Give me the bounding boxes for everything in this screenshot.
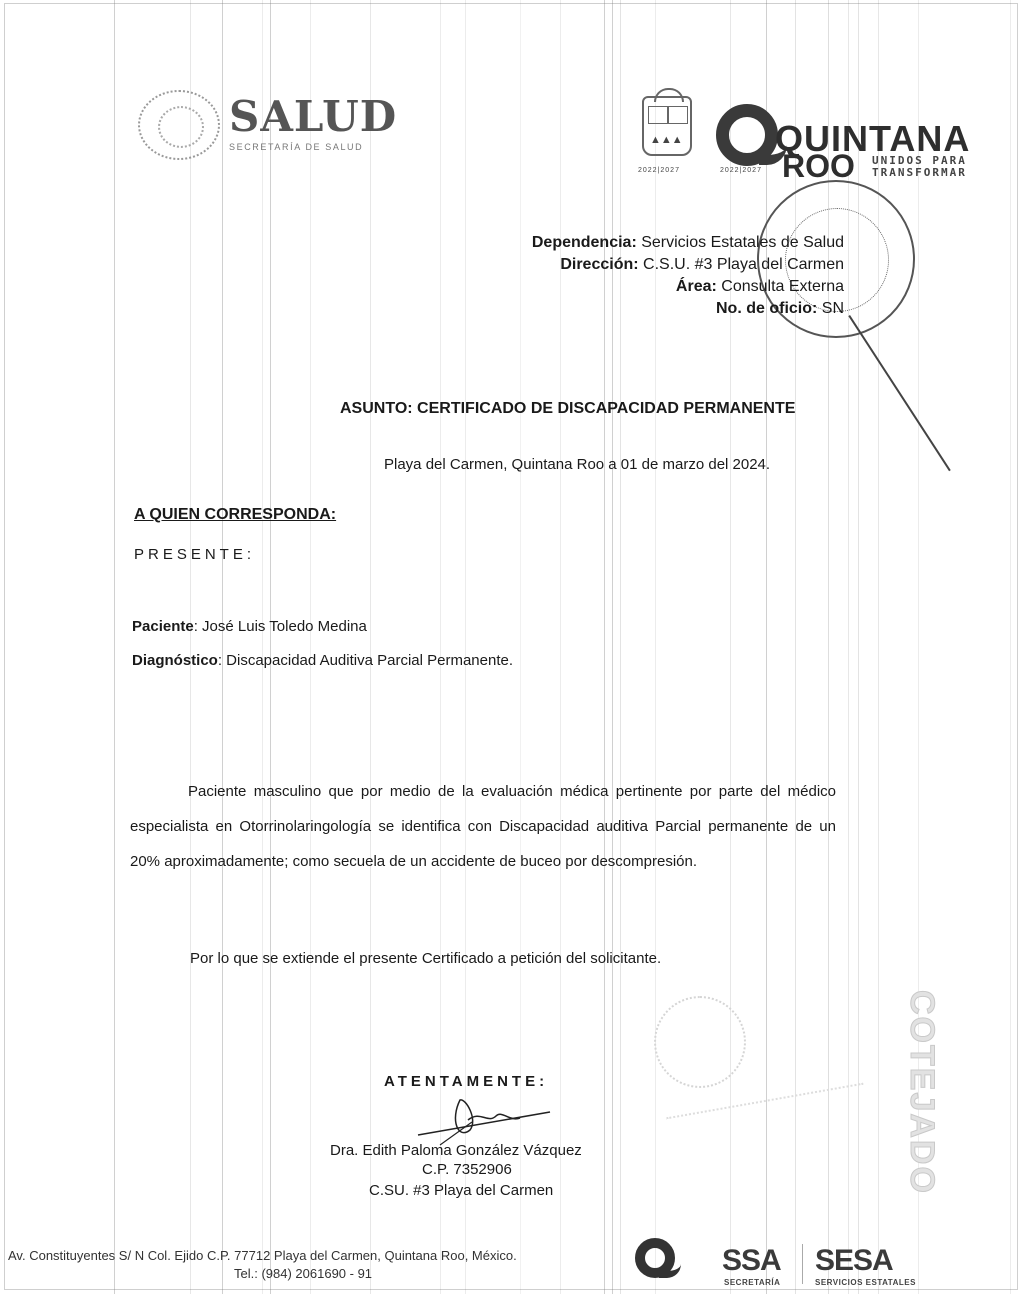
presente-line: PRESENTE:	[134, 546, 255, 563]
faint-seal-stamp-icon	[654, 996, 746, 1088]
shield-years: 2022|2027	[638, 167, 680, 174]
document-metadata: Dependencia: Servicios Estatales de Salu…	[532, 232, 844, 320]
cotejado-stamp: COTEJADO	[902, 990, 941, 1195]
addressee: A QUIEN CORRESPONDA:	[134, 506, 336, 524]
footer-address: Av. Constituyentes S/ N Col. Ejido C.P. …	[8, 1248, 517, 1263]
salutation: ATENTAMENTE:	[384, 1073, 548, 1090]
salud-logo-subtitle: SECRETARÍA DE SALUD	[229, 142, 363, 152]
closing-statement: Por lo que se extiende el presente Certi…	[190, 950, 661, 967]
logo-divider	[802, 1244, 803, 1284]
certificate-body: Paciente masculino que por medio de la e…	[130, 774, 836, 879]
sesa-logo-subtitle: SERVICIOS ESTATALES	[815, 1278, 916, 1287]
ssa-logo: SSA	[722, 1244, 781, 1278]
quintana-roo-shield-icon: ▲▲▲	[642, 96, 692, 156]
sesa-logo: SESA	[815, 1244, 893, 1278]
place-and-date: Playa del Carmen, Quintana Roo a 01 de m…	[384, 456, 770, 473]
national-coat-of-arms-icon	[138, 90, 220, 160]
meta-direccion: Dirección: C.S.U. #3 Playa del Carmen	[532, 254, 844, 276]
quintana-roo-q-logo-icon	[635, 1238, 675, 1278]
handwritten-signature-icon	[400, 1090, 580, 1150]
ssa-logo-subtitle: SECRETARÍA	[724, 1278, 780, 1287]
document-subject: ASUNTO: CERTIFICADO DE DISCAPACIDAD PERM…	[340, 400, 795, 418]
state-logo-years: 2022|2027	[720, 167, 762, 174]
state-logo-tagline: UNIDOS PARA TRANSFORMAR	[872, 155, 967, 179]
signer-unit: C.SU. #3 Playa del Carmen	[369, 1182, 553, 1199]
meta-oficio: No. de oficio: SN	[532, 298, 844, 320]
quintana-roo-q-icon	[716, 104, 778, 166]
meta-dependencia: Dependencia: Servicios Estatales de Salu…	[532, 232, 844, 254]
diagnosis-field: Diagnóstico: Discapacidad Auditiva Parci…	[132, 652, 513, 669]
patient-field: Paciente: José Luis Toledo Medina	[132, 618, 367, 635]
signer-license: C.P. 7352906	[422, 1161, 512, 1178]
tagline-line-2: TRANSFORMAR	[872, 167, 967, 179]
meta-area: Área: Consulta Externa	[532, 276, 844, 298]
signer-name: Dra. Edith Paloma González Vázquez	[330, 1142, 582, 1159]
footer-phone: Tel.: (984) 2061690 - 91	[234, 1266, 372, 1281]
salud-logo-title: SALUD	[229, 92, 397, 141]
